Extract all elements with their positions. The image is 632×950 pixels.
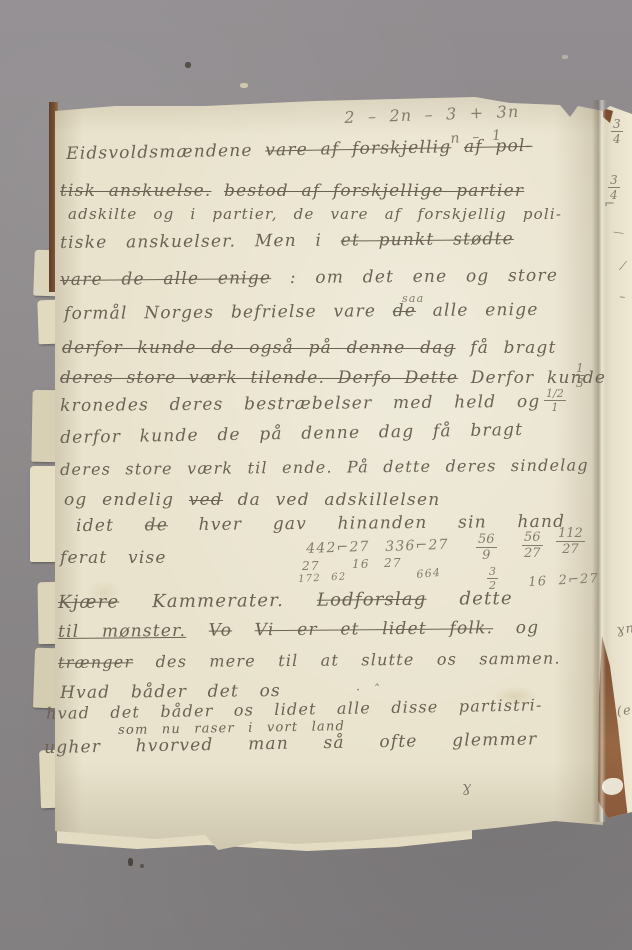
margin-note: n – 1: [450, 128, 503, 146]
text-segment: Vi er et lidet folk.: [255, 618, 494, 640]
text-segment: hver gav hinanden sin hand: [168, 512, 565, 535]
margin-note: 172 62: [298, 572, 347, 585]
text-segment: de: [145, 515, 169, 535]
text-segment: få bragt: [456, 338, 557, 358]
margin-note: 16 2⌐27: [528, 572, 599, 589]
margin-note: 664: [416, 567, 441, 580]
margin-note: 16: [352, 558, 370, 570]
text-segment: Eidsvoldsmændene: [66, 141, 265, 164]
handwriting-layer: Eidsvoldsmændene vare af forskjellig af …: [0, 0, 632, 950]
manuscript-line: derfor kunde de på denne dag få bragt: [60, 422, 523, 447]
margin-note: –: [619, 290, 627, 303]
margin-note: 27: [384, 557, 402, 569]
fraction-denominator: 27: [556, 542, 585, 556]
manuscript-line: formål Norges befrielse vare de alle eni…: [64, 302, 539, 323]
fraction-numerator: 3: [611, 118, 623, 132]
margin-note: 442⌐27: [306, 540, 370, 556]
text-segment: til mønster.: [58, 621, 186, 642]
text-segment: og endelig: [64, 490, 189, 510]
text-segment: dette: [426, 588, 512, 610]
fraction-numerator: 1: [574, 362, 586, 376]
margin-note: ɣn: [616, 622, 632, 637]
text-segment: da ved adskillelsen: [223, 490, 440, 510]
text-segment: [186, 621, 209, 641]
manuscript-line: tiske anskuelser. Men i et punkt stødte: [60, 231, 514, 252]
text-segment: et punkt stødte: [341, 229, 514, 251]
fraction-note: 32: [487, 566, 498, 591]
text-segment: vare af forskjellig: [265, 137, 451, 160]
text-segment: og: [493, 618, 539, 638]
text-segment: Vo: [209, 620, 233, 640]
margin-note: 2 – 2n – 3 + 3n: [344, 104, 520, 126]
text-segment: Lodforslag: [317, 589, 427, 611]
text-segment: Kammerater.: [119, 590, 317, 613]
manuscript-line: Kjære Kammerater. Lodforslag dette: [58, 590, 513, 612]
text-segment: formål Norges befrielse vare: [64, 301, 393, 324]
margin-note: (et: [616, 703, 632, 719]
fraction-denominator: 4: [608, 188, 620, 201]
text-segment: des mere til at slutte os sammen.: [133, 649, 561, 672]
text-segment: adskilte og i partier, de vare af forskj…: [68, 205, 562, 223]
text-segment: : om det ene og store: [271, 266, 558, 289]
text-segment: tisk anskuelse.: [60, 181, 211, 201]
text-segment: trænger: [58, 652, 133, 672]
margin-note: 336⌐27: [385, 538, 449, 554]
manuscript-line: trænger des mere til at slutte os sammen…: [58, 651, 561, 671]
manuscript-line: deres store værk til ende. På dette dere…: [60, 457, 589, 478]
text-segment: deres store værk tilende. Derfo Dette: [60, 368, 458, 388]
margin-note: ɣ: [462, 780, 472, 795]
text-segment: ved: [189, 490, 223, 510]
fraction-numerator: 112: [556, 527, 585, 542]
manuscript-line: derfor kunde de også på denne dag få bra…: [62, 340, 557, 357]
manuscript-line: Hvad båder det os: [60, 683, 281, 702]
fraction-numerator: 1/2: [544, 388, 566, 401]
fraction-denominator: 2: [487, 579, 498, 591]
text-segment: tiske anskuelser. Men i: [60, 231, 341, 253]
text-segment: bestod af forskjellige partier: [224, 181, 524, 201]
manuscript-line: tisk anskuelse. bestod af forskjellige p…: [60, 183, 524, 200]
fraction-note: 34: [608, 174, 620, 201]
fraction-numerator: 3: [608, 174, 620, 188]
manuscript-photo: Eidsvoldsmændene vare af forskjellig af …: [0, 0, 632, 950]
margin-note: —: [612, 226, 626, 239]
margin-note: · ˆ: [356, 684, 380, 697]
manuscript-line: ferat vise: [60, 550, 167, 567]
fraction-numerator: 56: [522, 531, 543, 546]
text-segment: derfor kunde de også på denne dag: [62, 338, 456, 358]
fraction-denominator: 3: [574, 376, 586, 389]
fraction-numerator: 56: [476, 533, 497, 548]
fraction-denominator: 9: [476, 548, 497, 562]
text-segment: ferat vise: [60, 548, 167, 568]
fraction-note: 1/21: [544, 388, 566, 413]
text-segment: alle enige: [416, 300, 539, 321]
margin-note: ⁄: [622, 260, 625, 272]
text-segment: kronedes deres bestræbelser med held og: [60, 392, 541, 416]
margin-note: saa: [402, 293, 424, 304]
manuscript-line: adskilte og i partier, de vare af forskj…: [68, 207, 562, 222]
text-segment: [232, 620, 255, 640]
fraction-note: 34: [611, 118, 623, 145]
fraction-denominator: 27: [522, 546, 543, 560]
text-segment: deres store værk til ende. På dette dere…: [60, 455, 589, 479]
manuscript-line: kronedes deres bestræbelser med held og: [60, 394, 541, 415]
fraction-note: 569: [476, 533, 497, 562]
text-segment: vare de alle enige: [60, 268, 271, 290]
manuscript-line: vare de alle enige : om det ene og store: [60, 268, 558, 289]
text-segment: derfor kunde de på denne dag få bragt: [60, 420, 523, 448]
text-segment: [211, 181, 224, 201]
margin-note: 27: [302, 560, 320, 572]
manuscript-line: og endelig ved da ved adskillelsen: [64, 492, 440, 509]
fraction-denominator: 4: [611, 132, 623, 145]
text-segment: idet: [76, 515, 145, 536]
fraction-note: 11227: [556, 527, 585, 556]
text-segment: Kjære: [58, 591, 119, 613]
fraction-numerator: 3: [487, 566, 498, 579]
fraction-note: 13: [574, 362, 586, 389]
manuscript-line: deres store værk tilende. Derfo Dette De…: [60, 370, 606, 387]
fraction-note: 5627: [522, 531, 543, 560]
manuscript-line: til mønster. Vo Vi er et lidet folk. og: [58, 620, 539, 641]
fraction-denominator: 1: [544, 401, 566, 413]
